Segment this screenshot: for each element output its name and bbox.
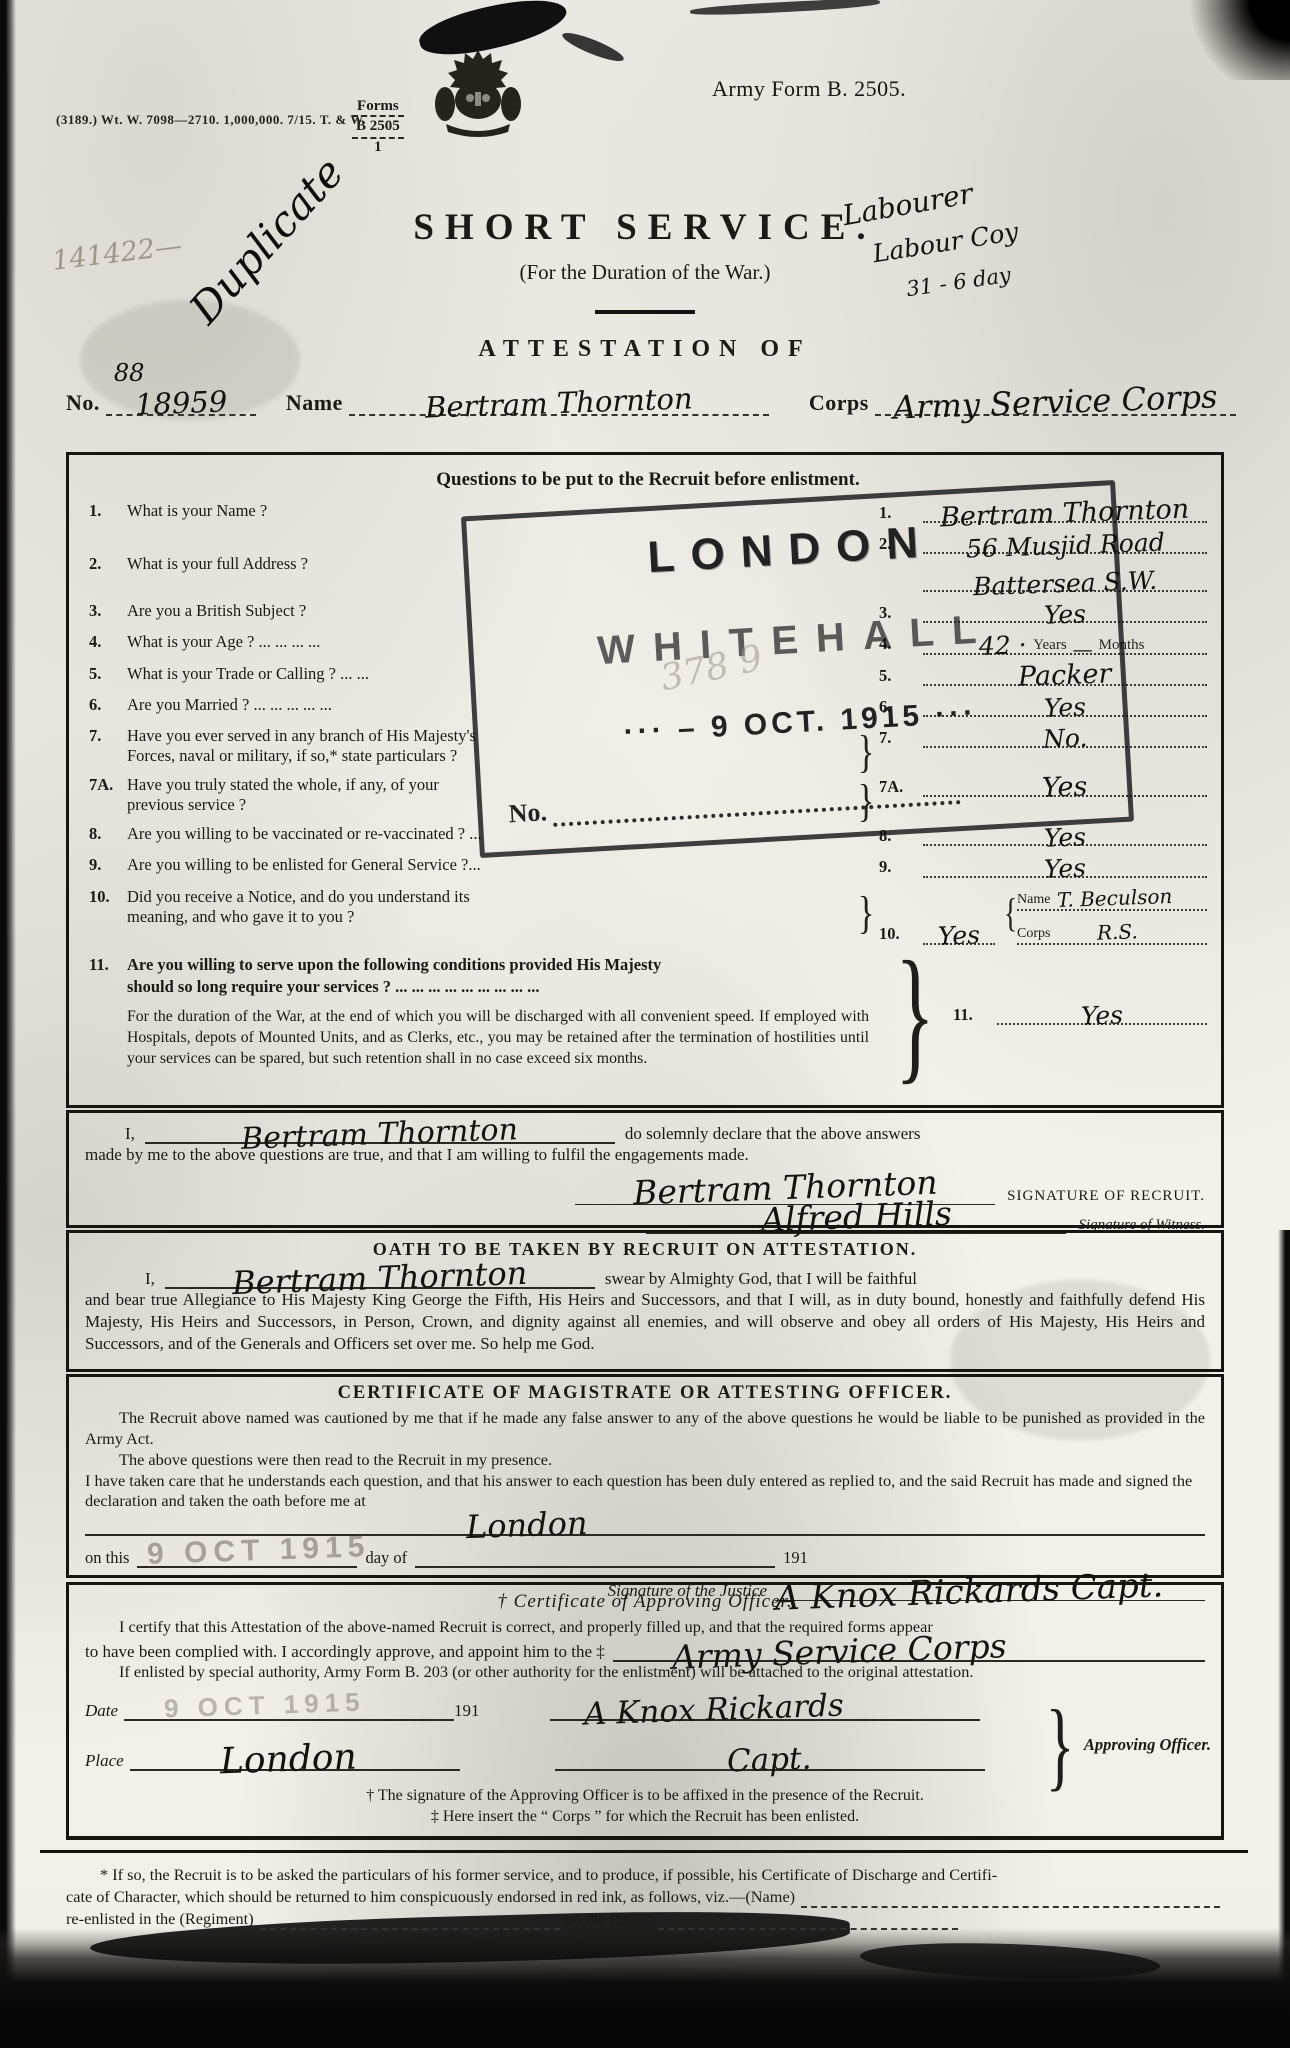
- answer-line: 56 Musjid Road: [923, 532, 1207, 554]
- answer-number: 2.: [879, 532, 923, 554]
- months-label: Months: [1099, 636, 1145, 654]
- question-text: Have you ever served in any branch of Hi…: [127, 726, 476, 745]
- oath-i-label: I,: [85, 1269, 155, 1289]
- day-of-label: day of: [365, 1548, 407, 1568]
- oath-line1-rest: swear by Almighty God, that I will be fa…: [605, 1269, 917, 1289]
- corps-value: Army Service Corps: [893, 380, 1218, 423]
- answer-value: Yes: [1044, 697, 1087, 721]
- question-text: Have you truly stated the whole, if any,…: [127, 775, 439, 794]
- oath-name-value: Bertram Thornton: [232, 1259, 528, 1298]
- name-value: Bertram Thornton: [425, 384, 694, 422]
- place-blank: London: [130, 1751, 460, 1771]
- declaration-name-field: Bertram Thornton: [145, 1121, 615, 1144]
- question-row-7: 7.Have you ever served in any branch of …: [89, 726, 1207, 766]
- question-number: 1.: [89, 501, 127, 521]
- conditions-brace: [879, 954, 951, 1074]
- form-title: SHORT SERVICE.: [0, 206, 1290, 249]
- day-blank: 9 OCT 1915: [137, 1548, 357, 1568]
- oath-place-value: London: [465, 1511, 587, 1541]
- approving-p1b: to have been complied with. I accordingl…: [85, 1642, 605, 1662]
- title-divider: [595, 310, 695, 314]
- questions-box: Questions to be put to the Recruit befor…: [66, 452, 1224, 1108]
- date-blank: 9 OCT 1915: [124, 1701, 454, 1721]
- question-row-10: 10.Did you receive a Notice, and do you …: [89, 887, 1207, 945]
- question-number: 9.: [89, 855, 127, 875]
- question-text-line2: previous service ?: [89, 795, 865, 815]
- on-this-label: on this: [85, 1548, 129, 1568]
- scan-edge-left: [0, 0, 16, 2048]
- question-number: 7.: [89, 726, 127, 746]
- appointed-corps-line: Army Service Corps: [613, 1638, 1205, 1662]
- approving-note-2: ‡ Here insert the “ Corps ” for which th…: [85, 1806, 1205, 1828]
- approving-note-1: † The signature of the Approving Officer…: [85, 1785, 1205, 1807]
- answer-line: Yes: [923, 856, 1207, 878]
- forms-reference-box: Forms B 2505 1: [352, 98, 404, 156]
- question-number: 3.: [89, 601, 127, 621]
- answer-line: Yes: [923, 824, 1207, 846]
- answer-number: 7A.: [879, 775, 923, 797]
- recruit-signature-row: Bertram Thornton SIGNATURE OF RECRUIT.: [85, 1174, 1205, 1205]
- number-label: No.: [66, 390, 106, 416]
- answer-value: Yes: [1042, 775, 1088, 801]
- answer-number: 9.: [879, 855, 923, 877]
- answer-number: 8.: [879, 824, 923, 846]
- footnote-date-blank: [658, 1912, 958, 1930]
- approving-officer-label: Approving Officer.: [1084, 1735, 1211, 1755]
- oath-box: OATH TO BE TAKEN BY RECRUIT ON ATTESTATI…: [66, 1230, 1224, 1372]
- notice-corps-value: R.S.: [1097, 919, 1139, 945]
- answer-line: Packer: [923, 664, 1207, 686]
- answer-line: Yes: [923, 695, 1207, 717]
- question-number: 7A.: [89, 775, 127, 795]
- number-pencil-correction: 88: [114, 359, 145, 387]
- approving-signature-2: Capt.: [727, 1746, 812, 1774]
- question-text: Are you willing to be vaccinated or re-v…: [127, 824, 482, 843]
- royal-crest: [428, 48, 528, 147]
- answer-value: Bertram Thornton: [940, 497, 1190, 530]
- conditions-paragraph: For the duration of the War, at the end …: [89, 1006, 869, 1069]
- answer-value: Packer: [1018, 663, 1112, 691]
- question-number: 8.: [89, 824, 127, 844]
- magistrate-heading: CERTIFICATE OF MAGISTRATE OR ATTESTING O…: [85, 1383, 1205, 1404]
- question-text: Did you receive a Notice, and do you und…: [127, 887, 470, 906]
- question-brace: [855, 724, 877, 780]
- forms-box-label: Forms: [352, 98, 404, 115]
- answer-number: 5.: [879, 664, 923, 686]
- answer-value: 56 Musjid Road: [965, 531, 1164, 560]
- faint-date-stamp: 9 OCT 1915: [147, 1530, 371, 1572]
- approving-brace: [1036, 1705, 1084, 1785]
- date-year-label: 191: [454, 1701, 480, 1721]
- form-subtitle: (For the Duration of the War.): [0, 260, 1290, 285]
- answer-number: 6.: [879, 695, 923, 717]
- months-dash: —: [1073, 640, 1093, 658]
- footnote-line-3: re-enlisted in the (Regiment): [66, 1908, 254, 1930]
- question-text-line2: Forces, naval or military, if so,* state…: [89, 746, 865, 766]
- answer-value: Yes: [938, 924, 981, 948]
- answer-line: Bertram Thornton: [923, 501, 1207, 523]
- questions-heading: Questions to be put to the Recruit befor…: [89, 469, 1207, 491]
- question-brace: [855, 885, 877, 941]
- notice-corps-line: Corps R.S.: [1017, 921, 1207, 945]
- declaration-box: I, Bertram Thornton do solemnly declare …: [66, 1110, 1224, 1228]
- approving-signature-line-1: A Knox Rickards: [550, 1699, 980, 1721]
- answer-value: Yes: [1044, 826, 1087, 850]
- question-row-2: 2.What is your full Address ? 2. 56 Musj…: [89, 532, 1207, 592]
- question-text: Are you willing to be enlisted for Gener…: [127, 855, 481, 874]
- approving-p1a: I certify that this Attestation of the a…: [85, 1617, 1205, 1638]
- forms-box-number: B 2505: [352, 115, 404, 138]
- notice-corps-label: Corps: [1017, 925, 1050, 942]
- question-text: Are you a British Subject ?: [127, 601, 306, 620]
- forms-box-part: 1: [352, 139, 404, 156]
- question-row-7a: 7A.Have you truly stated the whole, if a…: [89, 775, 1207, 815]
- army-form-number: Army Form B. 2505.: [712, 76, 906, 102]
- question-row-1: 1.What is your Name ? 1. Bertram Thornto…: [89, 501, 1207, 523]
- question-text: What is your full Address ?: [127, 554, 308, 573]
- magistrate-p3: I have taken care that he understands ea…: [85, 1471, 1192, 1511]
- ink-blob: [690, 0, 880, 17]
- magistrate-p2: The above questions were then read to th…: [85, 1450, 1205, 1471]
- question-row-11: 11.Are you willing to serve upon the fol…: [89, 954, 1207, 1074]
- approving-p2: If enlisted by special authority, Army F…: [85, 1662, 1205, 1683]
- oath-heading: OATH TO BE TAKEN BY RECRUIT ON ATTESTATI…: [85, 1239, 1205, 1260]
- question-text: Are you Married ? ... ... ... ... ...: [127, 695, 332, 714]
- footnote-line-1: * If so, the Recruit is to be asked the …: [66, 1864, 1226, 1886]
- number-value: 18959: [134, 387, 227, 419]
- magistrate-box: CERTIFICATE OF MAGISTRATE OR ATTESTING O…: [66, 1374, 1224, 1578]
- question-row-8: 8.Are you willing to be vaccinated or re…: [89, 824, 1207, 846]
- answer-value: Yes: [1044, 603, 1087, 627]
- answer-value: Yes: [1081, 1004, 1124, 1028]
- question-text: What is your Trade or Calling ? ... ...: [127, 664, 369, 683]
- question-text: What is your Age ? ... ... ... ...: [127, 632, 320, 651]
- notice-name-line: Name T. Beculson: [1017, 887, 1207, 911]
- oath-name-field: Bertram Thornton: [165, 1264, 595, 1289]
- answer-number: 7.: [879, 726, 923, 748]
- date-label: Date: [85, 1701, 124, 1721]
- question-number: 2.: [89, 554, 127, 574]
- answer-number: 3.: [879, 601, 923, 623]
- place-label: Place: [85, 1751, 130, 1771]
- scan-edge-right: [1278, 1230, 1290, 1990]
- approving-officer-box: † Certificate of Approving Officer. I ce…: [66, 1582, 1224, 1840]
- question-brace: [855, 773, 877, 829]
- faint-date-stamp: 9 OCT 1915: [164, 1686, 367, 1724]
- footnote-line-2: cate of Character, which should be retur…: [66, 1886, 795, 1908]
- question-number: 5.: [89, 664, 127, 684]
- answer-line: Yes: [997, 1003, 1207, 1025]
- appointed-corps-value: Army Service Corps: [672, 1634, 1007, 1672]
- declaration-line1-rest: do solemnly declare that the above answe…: [625, 1124, 921, 1144]
- place-value: London: [219, 1744, 357, 1778]
- declaration-i-label: I,: [85, 1124, 135, 1144]
- answer-line: Yes: [923, 601, 1207, 623]
- answer-line: Yes: [923, 775, 1207, 797]
- approving-officer-brace-group: Approving Officer.: [1036, 1705, 1211, 1785]
- footnote-line-4: on the (Date): [566, 1908, 652, 1930]
- printer-imprint: (3189.) Wt. W. 7098—2710. 1,000,000. 7/1…: [56, 112, 364, 128]
- answer-value: Yes: [1044, 857, 1087, 881]
- name-label: Name: [286, 390, 349, 416]
- attestation-heading: ATTESTATION OF: [0, 336, 1290, 363]
- question-number: 6.: [89, 695, 127, 715]
- notice-name-label: Name: [1017, 891, 1050, 908]
- approving-signature-line-2: Capt.: [555, 1749, 985, 1771]
- answer-line: No.: [923, 726, 1207, 748]
- magistrate-date-row: on this 9 OCT 1915 day of 191: [85, 1548, 1205, 1568]
- answer-value: 42 ·: [979, 634, 1027, 658]
- question-text-line2: should so long require your services ? .…: [89, 976, 869, 998]
- month-blank: [415, 1548, 775, 1568]
- footnote-block: * If so, the Recruit is to be asked the …: [66, 1864, 1226, 1930]
- question-number: 10.: [89, 887, 127, 907]
- notice-giver-block: Name T. Beculson Corps R.S.: [1003, 887, 1207, 945]
- question-row-5: 5.What is your Trade or Calling ? ... ..…: [89, 664, 1207, 686]
- footnote-regiment-blank: [260, 1912, 560, 1930]
- bottom-double-rule: [40, 1850, 1248, 1853]
- question-text: Are you willing to serve upon the follow…: [127, 955, 661, 974]
- answer-number: 4.: [879, 632, 923, 654]
- declaration-name-value: Bertram Thornton: [241, 1116, 519, 1153]
- ink-blob: [560, 28, 626, 66]
- name-field: Bertram Thornton: [349, 389, 769, 416]
- answer-value: No.: [1042, 728, 1087, 752]
- royal-crest-icon: [428, 48, 528, 142]
- question-row-6: 6.Are you Married ? ... ... ... ... ... …: [89, 695, 1207, 717]
- question-text: What is your Name ?: [127, 501, 267, 520]
- magistrate-p1: The Recruit above named was cautioned by…: [85, 1408, 1205, 1450]
- year-label: 191: [783, 1548, 808, 1568]
- question-row-9: 9.Are you willing to be enlisted for Gen…: [89, 855, 1207, 877]
- question-text-line2: meaning, and who gave it to you ?: [89, 907, 865, 927]
- answer-number: 11.: [953, 1003, 997, 1025]
- oath-place-line: London: [85, 1514, 1205, 1536]
- corps-field: Army Service Corps: [875, 386, 1236, 416]
- attestation-form-page: (3189.) Wt. W. 7098—2710. 1,000,000. 7/1…: [0, 0, 1290, 2048]
- footnote-name-blank: [801, 1890, 1220, 1908]
- number-field: 88 18959: [106, 389, 256, 416]
- identity-row: No. 88 18959 Name Bertram Thornton Corps…: [66, 386, 1236, 416]
- question-number: 4.: [89, 632, 127, 652]
- notice-name-value: T. Beculson: [1057, 884, 1173, 912]
- approving-heading: † Certificate of Approving Officer.: [85, 1591, 1205, 1613]
- question-row-3: 3.Are you a British Subject ? 3. Yes: [89, 601, 1207, 623]
- corps-label: Corps: [809, 390, 875, 416]
- question-number: 11.: [89, 954, 127, 976]
- question-row-4: 4.What is your Age ? ... ... ... ... 4. …: [89, 632, 1207, 654]
- answer-line: 42 · Years — Months: [923, 633, 1207, 655]
- years-label: Years: [1033, 636, 1066, 654]
- answer-number: 1.: [879, 501, 923, 523]
- answer-line: Battersea S.W.: [923, 570, 1207, 592]
- approving-signature-1: A Knox Rickards: [584, 1693, 845, 1727]
- scan-corner-top-right: [1170, 0, 1290, 80]
- answer-value: Battersea S.W.: [973, 570, 1158, 599]
